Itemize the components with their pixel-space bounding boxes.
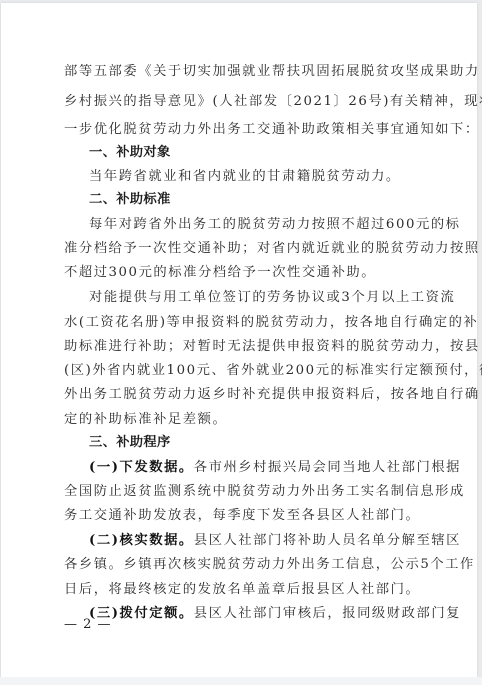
item-text: 各市州乡村振兴局会同当地人社部门根据: [194, 460, 461, 475]
text-line: 当年跨省就业和省内就业的甘肃籍脱贫劳动力。: [89, 167, 416, 187]
section-heading: 三、补助程序: [89, 433, 416, 453]
document-page: 部等五部委《关于切实加强就业帮扶巩固拓展脱贫攻坚成果助力 乡村振兴的指导意见》(…: [1, 3, 477, 677]
item-text: 县区人社部门审核后，报同级财政部门复: [194, 606, 461, 621]
text-line: 日后，将最终核定的发放名单盖章后报县区人社部门。: [64, 580, 416, 600]
text-line: (区)外省内就业100元、省外就业200元的标准实行定额预付，待: [64, 361, 416, 381]
section-heading: 一、补助对象: [89, 143, 416, 163]
text-line: (一)下发数据。各市州乡村振兴局会同当地人社部门根据: [89, 458, 416, 478]
text-line: 准分档给予一次性交通补助；对省内就近就业的脱贫劳动力按照: [64, 239, 416, 259]
item-label: (一)下发数据。: [89, 460, 194, 475]
text-line: 不超过300元的标准分档给予一次性交通补助。: [64, 263, 416, 283]
section-heading: 二、补助标准: [89, 190, 416, 210]
text-line: 务工交通补助发放表，每季度下发至各县区人社部门。: [64, 506, 416, 526]
viewer-background: [0, 677, 482, 685]
text-line: (二)核实数据。县区人社部门将补助人员名单分解至辖区: [89, 531, 416, 551]
text-line: 乡村振兴的指导意见》(人社部发〔2021〕26号)有关精神，现将进: [64, 92, 416, 112]
text-line: 水(工资花名册)等申报资料的脱贫劳动力，按各地自行确定的补: [64, 313, 416, 333]
text-line: 助标准进行补助；对暂时无法提供申报资料的脱贫劳动力，按县: [64, 337, 416, 357]
text-line: 部等五部委《关于切实加强就业帮扶巩固拓展脱贫攻坚成果助力: [64, 62, 416, 82]
text-line: (三)拨付定额。县区人社部门审核后，报同级财政部门复: [89, 604, 416, 624]
text-line: 各乡镇。乡镇再次核实脱贫劳动力外出务工信息，公示5个工作: [64, 555, 416, 575]
text-line: 每年对跨省外出务工的脱贫劳动力按照不超过600元的标: [89, 215, 416, 235]
item-text: 县区人社部门将补助人员名单分解至辖区: [194, 533, 461, 548]
item-label: (二)核实数据。: [89, 533, 194, 548]
text-line: 对能提供与用工单位签订的劳务协议或3个月以上工资流: [89, 288, 416, 308]
text-line: 全国防止返贫监测系统中脱贫劳动力外出务工实名制信息形成: [64, 482, 416, 502]
text-line: 外出务工脱贫劳动力返乡时补充提供申报资料后，按各地自行确: [64, 385, 416, 405]
text-line: 一步优化脱贫劳动力外出务工交通补助政策相关事宜通知如下：: [64, 120, 416, 140]
text-line: 定的补助标准补足差额。: [64, 410, 416, 430]
page-number: — 2 —: [64, 617, 112, 632]
